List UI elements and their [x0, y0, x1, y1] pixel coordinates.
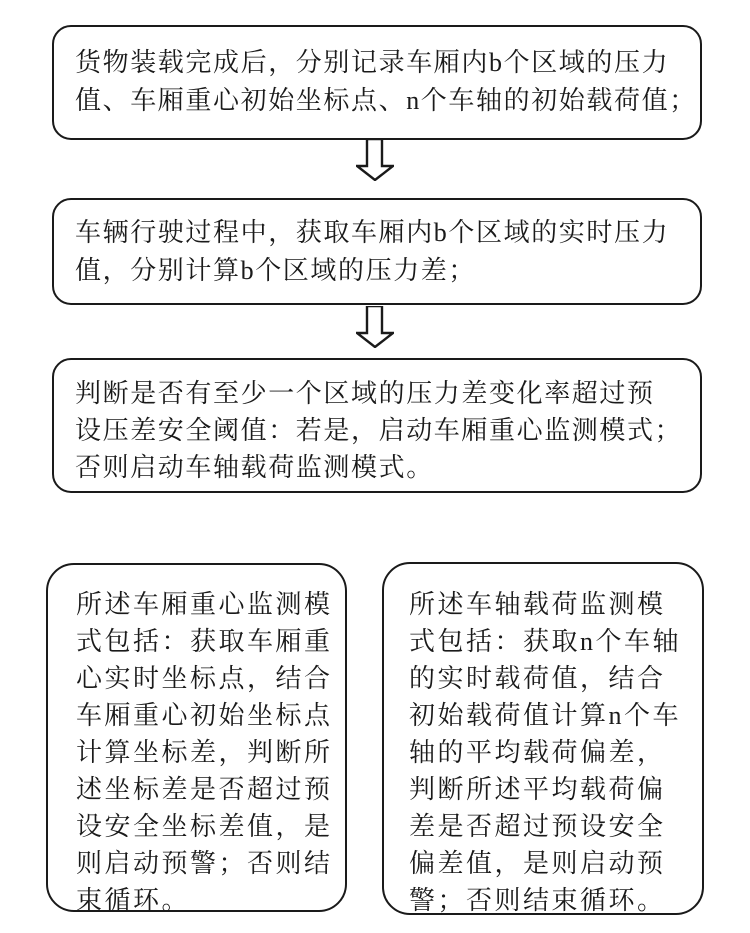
step-text-line: 偏差值，是则启动预	[409, 845, 692, 882]
step-text-line: 所述车厢重心监测模	[76, 586, 335, 623]
step-text-line: 否则启动车轴载荷监测模式。	[75, 449, 682, 486]
step-text-line: 差是否超过预设安全	[409, 808, 692, 845]
flow-step-record-initial-values: 货物装载完成后，分别记录车厢内b个区域的压力 值、车厢重心初始坐标点、n个车轴的…	[52, 25, 702, 140]
step-text-line: 束循环。	[76, 882, 335, 919]
down-block-arrow-icon	[356, 306, 394, 348]
step-text-line: 的实时载荷值，结合	[409, 660, 692, 697]
step-text-line: 值，分别计算b个区域的压力差；	[75, 252, 682, 290]
step-text-line: 车厢重心初始坐标点	[76, 697, 335, 734]
flow-step-judge-threshold: 判断是否有至少一个区域的压力差变化率超过预 设压差安全阈值：若是，启动车厢重心监…	[52, 358, 702, 493]
step-text-line: 所述车轴载荷监测模	[409, 586, 692, 623]
step-text-line: 轴的平均载荷偏差，	[409, 734, 692, 771]
step-text-line: 述坐标差是否超过预	[76, 771, 335, 808]
step-text-line: 设压差安全阈值：若是，启动车厢重心监测模式；	[75, 412, 682, 449]
down-block-arrow-icon	[356, 139, 394, 181]
step-text-line: 心实时坐标点，结合	[76, 660, 335, 697]
step-text-line: 判断所述平均载荷偏	[409, 771, 692, 808]
step-text-line: 计算坐标差，判断所	[76, 734, 335, 771]
step-text-line: 判断是否有至少一个区域的压力差变化率超过预	[75, 375, 682, 412]
step-text-line: 警；否则结束循环。	[409, 882, 692, 919]
flow-step-gravity-center-mode: 所述车厢重心监测模 式包括：获取车厢重 心实时坐标点，结合 车厢重心初始坐标点 …	[46, 563, 347, 912]
step-text-line: 设安全坐标差值，是	[76, 808, 335, 845]
patent-flowchart-figure: 货物装载完成后，分别记录车厢内b个区域的压力 值、车厢重心初始坐标点、n个车轴的…	[0, 0, 750, 933]
flow-step-axle-load-mode: 所述车轴载荷监测模 式包括：获取n个车轴 的实时载荷值，结合 初始载荷值计算n个…	[382, 562, 704, 915]
step-text-line: 式包括：获取n个车轴	[409, 623, 692, 660]
step-text-line: 车辆行驶过程中，获取车厢内b个区域的实时压力	[75, 214, 682, 252]
step-text-line: 值、车厢重心初始坐标点、n个车轴的初始载荷值；	[75, 82, 682, 120]
step-text-line: 初始载荷值计算n个车	[409, 697, 692, 734]
flow-step-realtime-pressure: 车辆行驶过程中，获取车厢内b个区域的实时压力 值，分别计算b个区域的压力差；	[52, 198, 702, 305]
step-text-line: 则启动预警；否则结	[76, 845, 335, 882]
step-text-line: 式包括：获取车厢重	[76, 623, 335, 660]
step-text-line: 货物装载完成后，分别记录车厢内b个区域的压力	[75, 44, 682, 82]
